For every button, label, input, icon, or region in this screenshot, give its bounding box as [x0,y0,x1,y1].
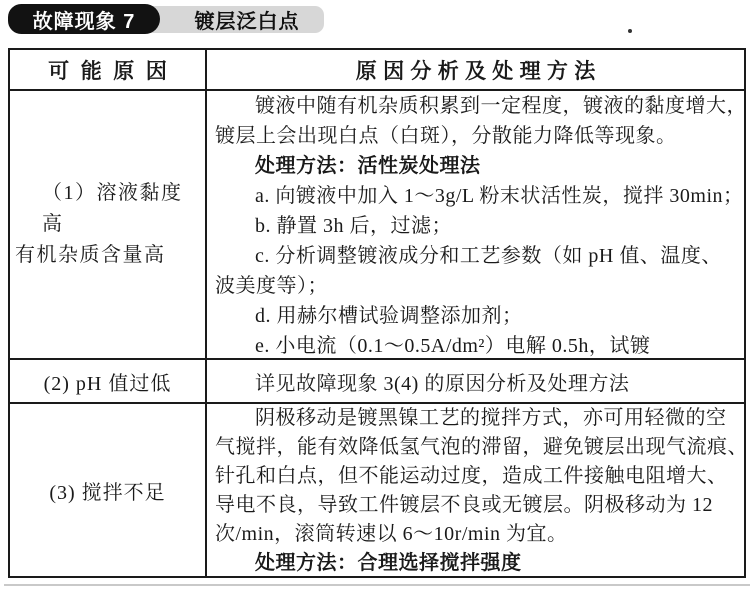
analysis-line: d. 用赫尔槽试验调整添加剂； [215,301,736,331]
cause-line: (3) 搅拌不足 [49,476,165,505]
cause-text-block: （1）溶液黏度高 有机杂质含量高 [10,91,205,358]
analysis-line: e. 小电流（0.1～0.5A/dm²）电解 0.5h，试镀 [215,331,736,358]
cause-line: 有机杂质含量高 [15,240,200,271]
column-header-analysis-text: 原因分析及处理方法 [350,55,602,85]
table-row-2-analysis: 详见故障现象 3(4) 的原因分析及处理方法 [207,358,744,402]
fault-table: 可能原因 原因分析及处理方法 （1）溶液黏度高 有机杂质含量高 镀液中随有机杂质… [8,48,746,578]
fault-number-badge: 故障现象 7 [8,4,160,34]
page-header: 镀层泛白点 故障现象 7 [0,0,754,46]
scan-artifact-dot [628,29,632,33]
fault-title-badge: 镀层泛白点 [142,6,324,33]
fault-title-text: 镀层泛白点 [195,5,300,34]
column-header-cause: 可能原因 [10,50,207,89]
cause-line: (2) pH 值过低 [44,367,172,396]
table-row-3-analysis: 阴极移动是镀黑镍工艺的搅拌方式，亦可用轻微的空 气搅拌，能有效降低氢气泡的滞留，… [207,402,744,576]
table-row-1-analysis: 镀液中随有机杂质积累到一定程度，镀液的黏度增大， 镀层上会出现白点（白斑），分散… [207,89,744,358]
analysis-line: 阴极移动是镀黑镍工艺的搅拌方式，亦可用轻微的空 [215,404,736,433]
column-header-cause-text: 可能原因 [37,55,179,85]
analysis-line: 气搅拌，能有效降低氢气泡的滞留，避免镀层出现气流痕、 [215,433,736,462]
analysis-line: 导电不良，导致工件镀层不良或无镀层。阴极移动为 12 [215,491,736,520]
table-row-2-cause: (2) pH 值过低 [10,358,207,402]
analysis-line: 详见故障现象 3(4) 的原因分析及处理方法 [255,367,629,396]
page-bottom-scan-edge [4,584,750,586]
analysis-line: a. 向镀液中加入 1～3g/L 粉末状活性炭，搅拌 30min； [215,181,736,211]
analysis-line: 波美度等）； [215,271,736,301]
analysis-line: 次/min，滚筒转速以 6～10r/min 为宜。 [215,520,736,549]
cause-line: （1）溶液黏度高 [15,178,200,240]
column-header-analysis: 原因分析及处理方法 [207,50,744,89]
analysis-line: 针孔和白点，但不能运动过度，造成工件接触电阻增大、 [215,462,736,491]
table-row-1-cause: （1）溶液黏度高 有机杂质含量高 [10,89,207,358]
analysis-line: c. 分析调整镀液成分和工艺参数（如 pH 值、温度、 [215,241,736,271]
analysis-line: 镀层上会出现白点（白斑），分散能力降低等现象。 [215,121,736,151]
analysis-line: b. 静置 3h 后，过滤； [215,211,736,241]
fault-number-text: 故障现象 7 [33,5,136,34]
analysis-line-treatment: 处理方法：活性炭处理法 [215,151,736,181]
analysis-line-treatment: 处理方法：合理选择搅拌强度 [215,549,736,576]
analysis-line: 镀液中随有机杂质积累到一定程度，镀液的黏度增大， [215,91,736,121]
table-row-3-cause: (3) 搅拌不足 [10,402,207,576]
